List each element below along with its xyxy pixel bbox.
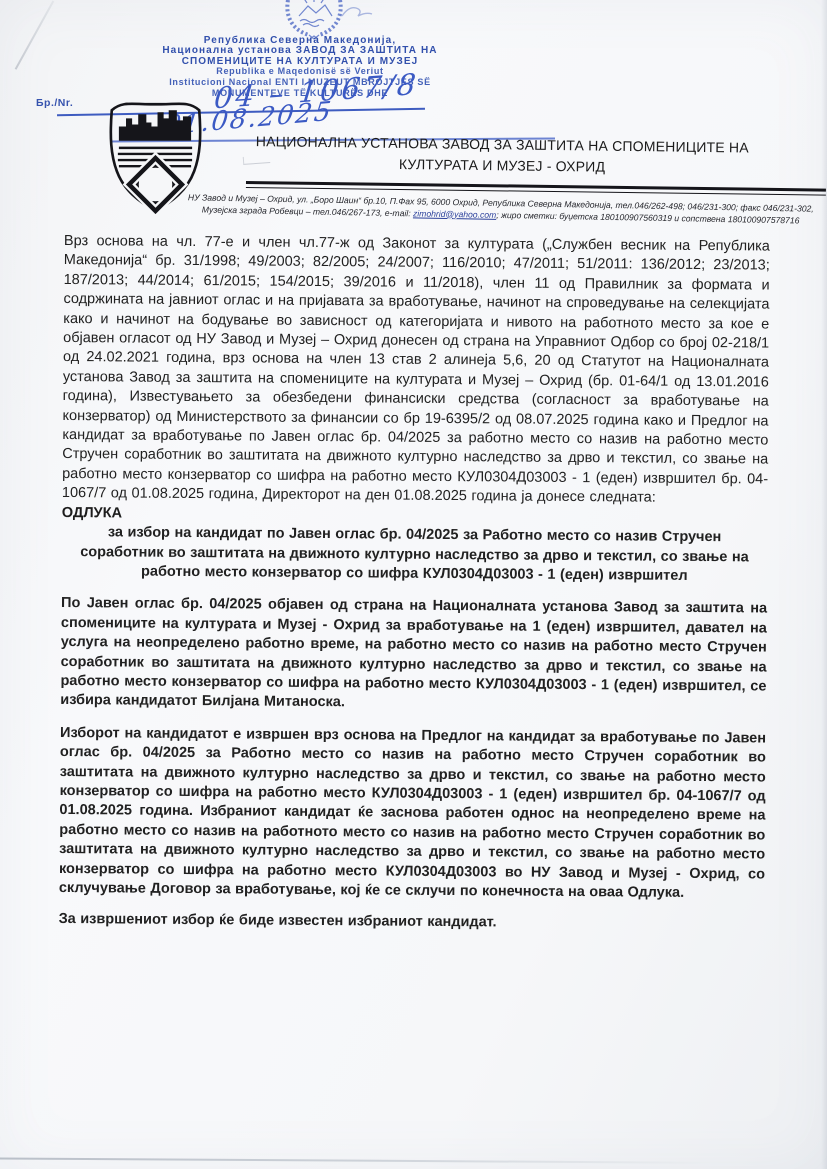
number-label: Бр./Nr. — [36, 97, 73, 109]
scan-page-edge — [0, 1157, 827, 1164]
header-divider — [246, 181, 826, 196]
decision-subtitle: за избор на кандидат по Јавен оглас бр. … — [61, 523, 767, 587]
handwriting-squiggle-icon — [340, 2, 374, 24]
letterhead-mk-lines: Република Северна Македонија, Национална… — [90, 36, 510, 67]
intro-paragraph: Врз основа на чл. 77-е и член чл.77-ж од… — [62, 232, 770, 509]
scanned-page: Република Северна Македонија, Национална… — [0, 0, 827, 1169]
email-address: zimohrid@yahoo.com — [413, 208, 496, 220]
document-title: НАЦИОНАЛНА УСТАНОВА ЗАВОД ЗА ЗАШТИТА НА … — [249, 131, 754, 179]
selection-paragraph: По Јавен оглас бр. 04/2025 објавен од ст… — [60, 594, 767, 716]
state-emblem-icon — [279, 0, 349, 40]
contact-block: НУ Завод и Музеј – Охрид, ул. „Боро Шаин… — [176, 192, 826, 227]
basis-paragraph: Изборот на кандидатот е извршен врз осно… — [59, 724, 766, 904]
notice-paragraph: За извршениот избор ќе биде известен изб… — [59, 910, 765, 935]
letterhead: Република Северна Македонија, Национална… — [0, 0, 827, 240]
document-body: Врз основа на чл. 77-е и член чл.77-ж од… — [59, 232, 770, 935]
